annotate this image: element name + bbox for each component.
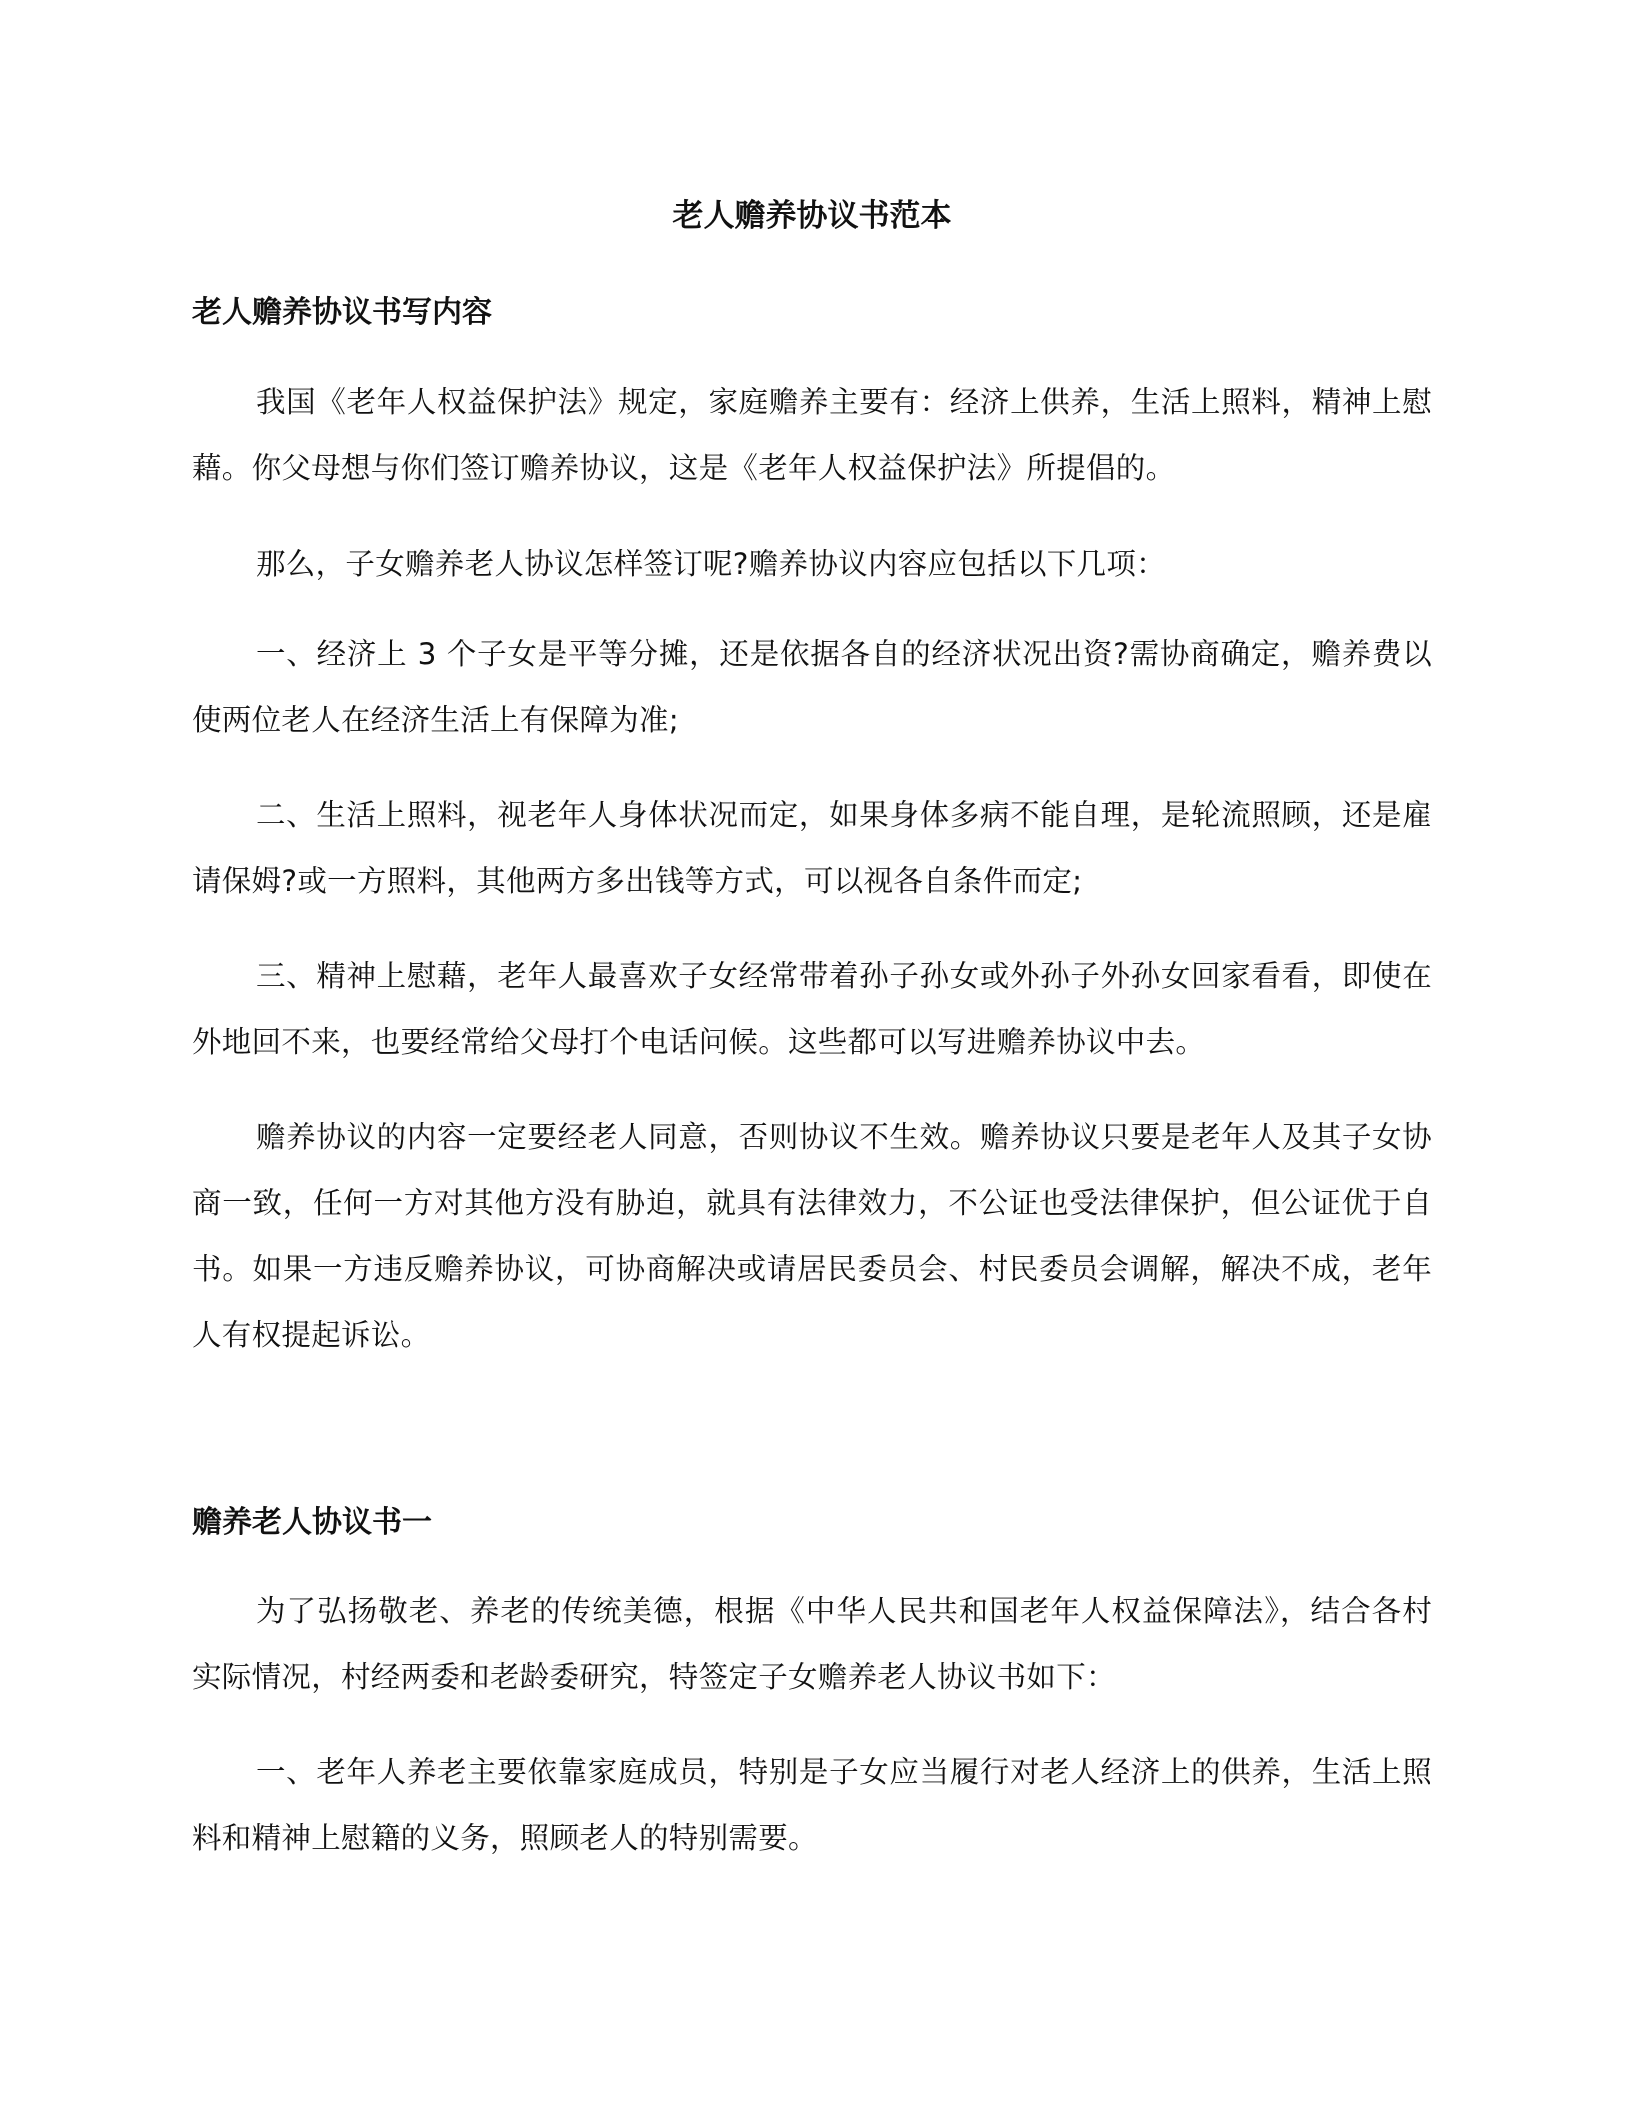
paragraph-how-to-sign: 那么，子女赡养老人协议怎样签订呢?赡养协议内容应包括以下几项：	[192, 531, 1432, 597]
document-title: 老人赡养协议书范本	[192, 196, 1432, 236]
section-heading-writing-content: 老人赡养协议书写内容	[192, 293, 492, 333]
paragraph-validity: 赡养协议的内容一定要经老人同意，否则协议不生效。赡养协议只要是老年人及其子女协商…	[192, 1104, 1432, 1368]
paragraph-law-intro: 我国《老年人权益保护法》规定，家庭赡养主要有：经济上供养，生活上照料，精神上慰藉…	[192, 369, 1432, 501]
section-heading-agreement-one: 赡养老人协议书一	[192, 1503, 432, 1543]
paragraph-agreement-item-one: 一、老年人养老主要依靠家庭成员，特别是子女应当履行对老人经济上的供养，生活上照料…	[192, 1739, 1432, 1871]
paragraph-item-daily-care: 二、生活上照料，视老年人身体状况而定，如果身体多病不能自理，是轮流照顾，还是雇请…	[192, 782, 1432, 914]
paragraph-agreement-preamble: 为了弘扬敬老、养老的传统美德，根据《中华人民共和国老年人权益保障法》，结合各村实…	[192, 1578, 1432, 1710]
paragraph-item-economic: 一、经济上 3 个子女是平等分摊，还是依据各自的经济状况出资?需协商确定，赡养费…	[192, 621, 1432, 753]
paragraph-item-spiritual: 三、精神上慰藉，老年人最喜欢子女经常带着孙子孙女或外孙子外孙女回家看看，即使在外…	[192, 943, 1432, 1075]
